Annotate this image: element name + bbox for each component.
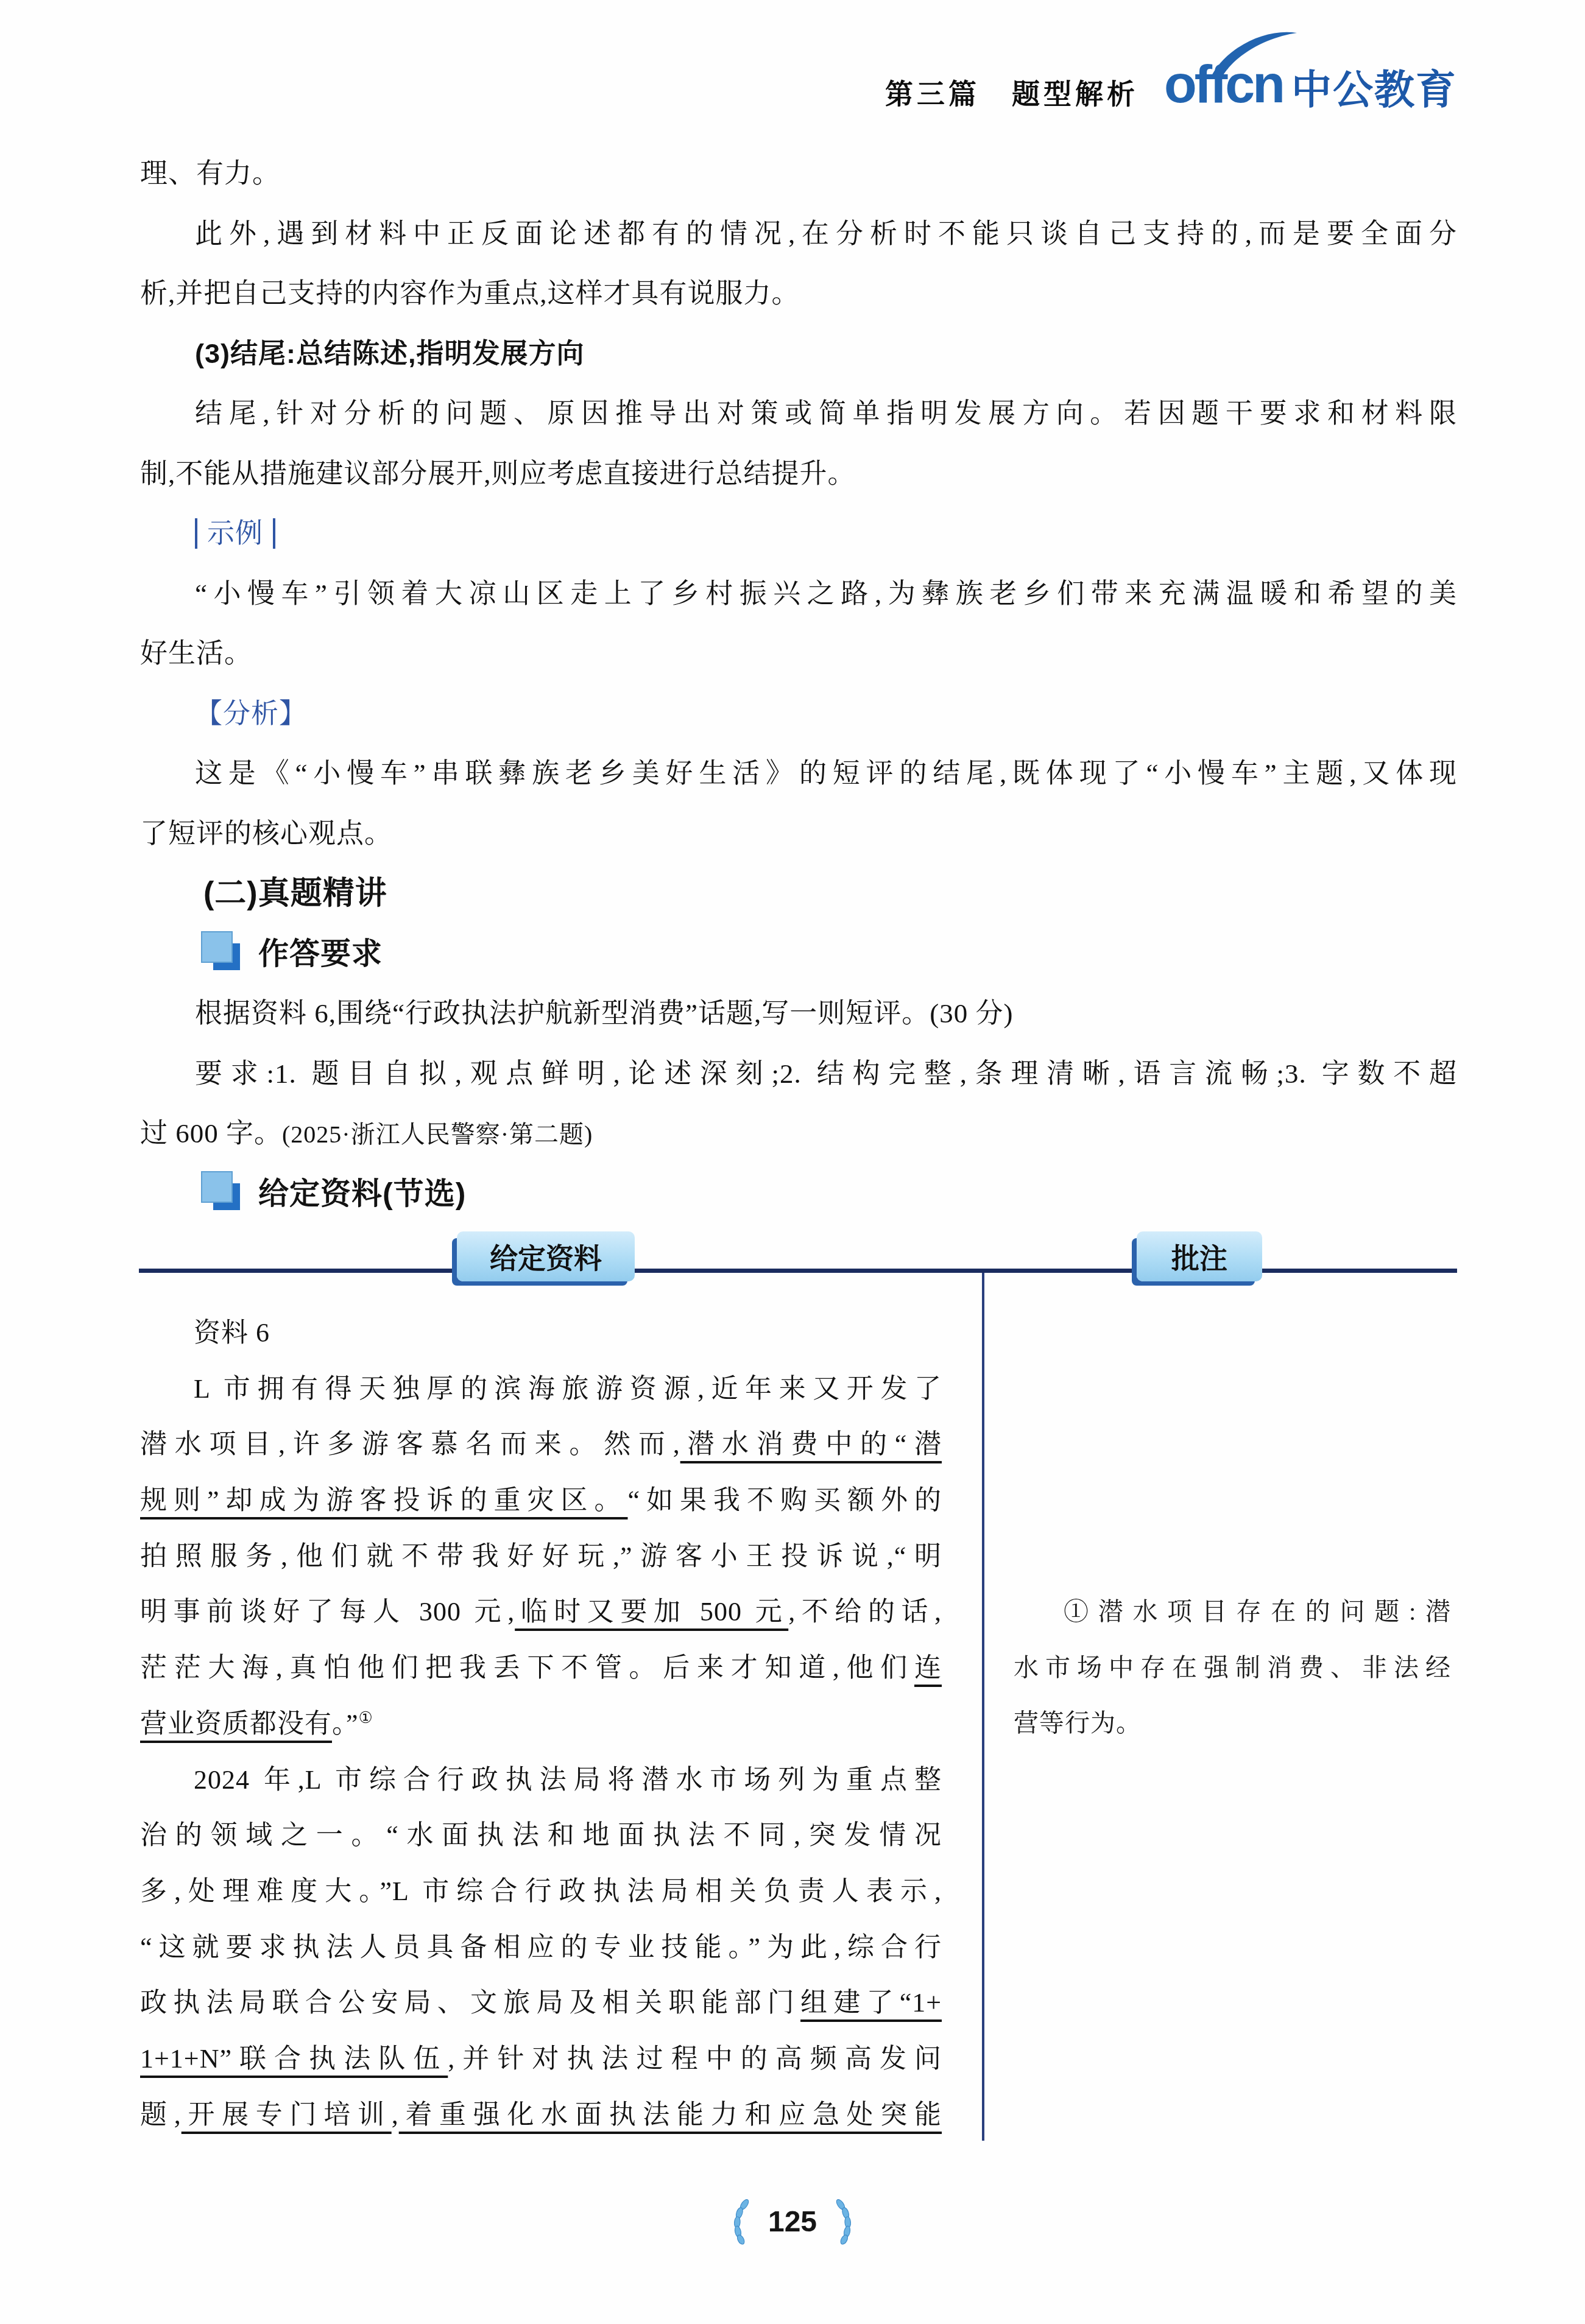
section-title: 第三篇 题型解析: [885, 56, 1138, 112]
column-divider: [982, 1273, 984, 2141]
text-segment: 结尾,针对分析的问题、原因推导出对策或简单指明发展方向。若因题干要求和材料限: [195, 398, 1457, 429]
text-segment: (二)真题精讲: [203, 876, 387, 911]
text-segment: (2025·浙江人民警察·第二题): [282, 1121, 593, 1148]
text-segment: 过 600 字。: [140, 1118, 282, 1149]
text-line: “小慢车”引领着大凉山区走上了乡村振兴之路,为彝族老乡们带来充满温暖和希望的美: [140, 564, 1457, 624]
text-line: 水市场中存在强制消费、非法经: [1014, 1640, 1451, 1696]
text-segment: ,: [392, 2100, 399, 2130]
text-line: 示例: [140, 504, 1457, 564]
offcn-logo-cn: 中公教育: [1291, 69, 1457, 111]
text-segment: 多,处理难度大。”L 市综合行政执法局相关负责人表示,: [140, 1876, 942, 1906]
text-segment: 茫茫大海,真怕他们把我丢下不管。后来才知道,他们: [140, 1653, 914, 1683]
tab-given-material-label: 给定资料: [490, 1236, 602, 1276]
tab-annotation: 批注: [1137, 1231, 1262, 1281]
text-segment: 潜水项目,许多游客慕名而来。然而,: [140, 1429, 680, 1459]
text-line: 1+1+N”联合执法队伍,并针对执法过程中的高频高发问: [140, 2031, 942, 2087]
text-line: 过 600 字。(2025·浙江人民警察·第二题): [140, 1104, 1457, 1164]
text-segment: 开展专门培训: [182, 2100, 392, 2130]
text-segment: 治的领域之一。“水面执法和地面执法不同,突发情况: [140, 1820, 942, 1850]
text-segment: 此外,遇到材料中正反面论述都有的情况,在分析时不能只谈自己支持的,而是要全面分: [195, 219, 1457, 249]
textbook-page: 第三篇 题型解析 offcn 中公教育 理、有力。此外,遇到材料中正反面论述都有…: [0, 0, 1585, 2324]
text-segment: 拍照服务,他们就不带我好好玩,”游客小王投诉说,“明: [140, 1541, 942, 1571]
text-segment: 资料 6: [194, 1318, 270, 1348]
text-line: 茫茫大海,真怕他们把我丢下不管。后来才知道,他们连: [140, 1640, 942, 1696]
annotation-column: ①潜水项目存在的问题:潜水市场中存在强制消费、非法经营等行为。: [1014, 1584, 1451, 1752]
text-segment: ①: [359, 1709, 373, 1727]
text-line: 规则”却成为游客投诉的重灾区。“如果我不购买额外的: [140, 1473, 942, 1529]
text-segment: 制,不能从措施建议部分展开,则应考虑直接进行总结提升。: [140, 459, 856, 489]
text-segment: 根据资料 6,围绕“行政执法护航新型消费”话题,写一则短评。(30 分): [195, 998, 1013, 1029]
text-line: 理、有力。: [140, 144, 1457, 204]
material-column: 资料 6L 市拥有得天独厚的滨海旅游资源,近年来又开发了潜水项目,许多游客慕名而…: [140, 1305, 942, 2143]
text-segment: 组建了“1+: [800, 1988, 942, 2018]
text-segment: 2024 年,L 市综合行政执法局将潜水市场列为重点整: [194, 1765, 942, 1795]
text-segment: “这就要求执法人员具备相应的专业技能。”为此,综合行: [140, 1932, 942, 1962]
text-segment: 规则”却成为游客投诉的重灾区。: [140, 1485, 628, 1515]
text-segment: 着重强化水面执法能力和应急处突能: [399, 2100, 942, 2130]
offcn-logo-latin: offcn: [1164, 57, 1283, 111]
text-line: 拍照服务,他们就不带我好好玩,”游客小王投诉说,“明: [140, 1529, 942, 1585]
text-segment: 营等行为。: [1014, 1709, 1142, 1737]
text-line: 多,处理难度大。”L 市综合行政执法局相关负责人表示,: [140, 1864, 942, 1920]
text-line: 好生活。: [140, 624, 1457, 684]
text-segment: “如果我不购买额外的: [628, 1485, 942, 1515]
text-line: 资料 6: [140, 1305, 942, 1361]
tab-given-material: 给定资料: [457, 1231, 635, 1281]
text-segment: 营业资质都没有: [140, 1709, 332, 1739]
text-line: 要求:1. 题目自拟,观点鲜明,论述深刻;2. 结构完整,条理清晰,语言流畅;3…: [140, 1044, 1457, 1104]
text-segment: ,并针对执法过程中的高频高发问: [448, 2044, 942, 2074]
text-segment: 水市场中存在强制消费、非法经: [1014, 1653, 1451, 1681]
layered-squares-icon: [201, 1171, 241, 1211]
text-segment: 。”: [332, 1709, 359, 1739]
text-line: L 市拥有得天独厚的滨海旅游资源,近年来又开发了: [140, 1361, 942, 1417]
text-line: 作答要求: [140, 924, 1457, 984]
text-line: 营等行为。: [1014, 1695, 1451, 1752]
text-segment: 题,: [140, 2100, 182, 2130]
offcn-logo: offcn 中公教育: [1164, 57, 1457, 111]
text-segment: 要求:1. 题目自拟,观点鲜明,论述深刻;2. 结构完整,条理清晰,语言流畅;3…: [195, 1058, 1457, 1089]
text-line: 析,并把自己支持的内容作为重点,这样才具有说服力。: [140, 264, 1457, 324]
laurel-left-icon: [728, 2194, 752, 2250]
text-line: 2024 年,L 市综合行政执法局将潜水市场列为重点整: [140, 1752, 942, 1808]
text-line: 根据资料 6,围绕“行政执法护航新型消费”话题,写一则短评。(30 分): [140, 984, 1457, 1044]
laurel-right-icon: [833, 2194, 857, 2250]
text-segment: 好生活。: [140, 638, 252, 669]
text-segment: 临时又要加 500 元: [515, 1597, 788, 1627]
page-header: 第三篇 题型解析 offcn 中公教育: [885, 56, 1457, 112]
text-segment: 作答要求: [258, 937, 383, 971]
text-segment: 这是《“小慢车”串联彝族老乡美好生活》的短评的结尾,既体现了“小慢车”主题,又体…: [195, 758, 1457, 789]
page-footer: 125: [0, 2194, 1585, 2250]
text-line: ①潜水项目存在的问题:潜: [1014, 1584, 1451, 1640]
text-line: 政执法局联合公安局、文旅局及相关职能部门组建了“1+: [140, 1975, 942, 2031]
text-line: 题,开展专门培训,着重强化水面执法能力和应急处突能: [140, 2087, 942, 2143]
text-line: 这是《“小慢车”串联彝族老乡美好生活》的短评的结尾,既体现了“小慢车”主题,又体…: [140, 744, 1457, 804]
text-segment: 析,并把自己支持的内容作为重点,这样才具有说服力。: [140, 278, 800, 309]
text-line: “这就要求执法人员具备相应的专业技能。”为此,综合行: [140, 1920, 942, 1976]
text-line: (3)结尾:总结陈述,指明发展方向: [140, 324, 1457, 384]
text-line: 了短评的核心观点。: [140, 804, 1457, 864]
text-line: 潜水项目,许多游客慕名而来。然而,潜水消费中的“潜: [140, 1417, 942, 1473]
text-segment: 理、有力。: [140, 158, 280, 189]
text-segment: 明事前谈好了每人 300 元,: [140, 1597, 515, 1627]
text-segment: 连: [914, 1653, 942, 1683]
text-segment: 1+1+N”联合执法队伍: [140, 2044, 448, 2074]
page-number: 125: [768, 2205, 817, 2239]
text-segment: 了短评的核心观点。: [140, 819, 392, 849]
text-line: 营业资质都没有。”①: [140, 1696, 942, 1752]
text-segment: 政执法局联合公安局、文旅局及相关职能部门: [140, 1988, 800, 2018]
layered-squares-icon: [201, 931, 241, 971]
text-segment: 示例: [195, 518, 275, 549]
text-segment: L 市拥有得天独厚的滨海旅游资源,近年来又开发了: [194, 1374, 942, 1404]
text-segment: 潜水消费中的“潜: [680, 1429, 942, 1459]
text-line: 此外,遇到材料中正反面论述都有的情况,在分析时不能只谈自己支持的,而是要全面分: [140, 204, 1457, 264]
text-line: 制,不能从措施建议部分展开,则应考虑直接进行总结提升。: [140, 444, 1457, 504]
text-line: 【分析】: [140, 684, 1457, 744]
text-segment: “小慢车”引领着大凉山区走上了乡村振兴之路,为彝族老乡们带来充满温暖和希望的美: [195, 579, 1457, 609]
text-line: (二)真题精讲: [140, 864, 1457, 924]
text-line: 治的领域之一。“水面执法和地面执法不同,突发情况: [140, 1808, 942, 1864]
text-line: 结尾,针对分析的问题、原因推导出对策或简单指明发展方向。若因题干要求和材料限: [140, 384, 1457, 444]
text-segment: ①潜水项目存在的问题:潜: [1064, 1597, 1451, 1625]
text-segment: 【分析】: [195, 699, 307, 729]
intro-text-block: 理、有力。此外,遇到材料中正反面论述都有的情况,在分析时不能只谈自己支持的,而是…: [140, 144, 1457, 1224]
swoosh-icon: [1208, 30, 1299, 78]
text-line: 明事前谈好了每人 300 元,临时又要加 500 元,不给的话,: [140, 1584, 942, 1640]
text-segment: (3)结尾:总结陈述,指明发展方向: [195, 338, 585, 369]
text-segment: ,不给的话,: [788, 1597, 942, 1627]
text-segment: 给定资料(节选): [258, 1177, 466, 1211]
tab-annotation-label: 批注: [1171, 1236, 1227, 1276]
text-line: 给定资料(节选): [140, 1164, 1457, 1224]
